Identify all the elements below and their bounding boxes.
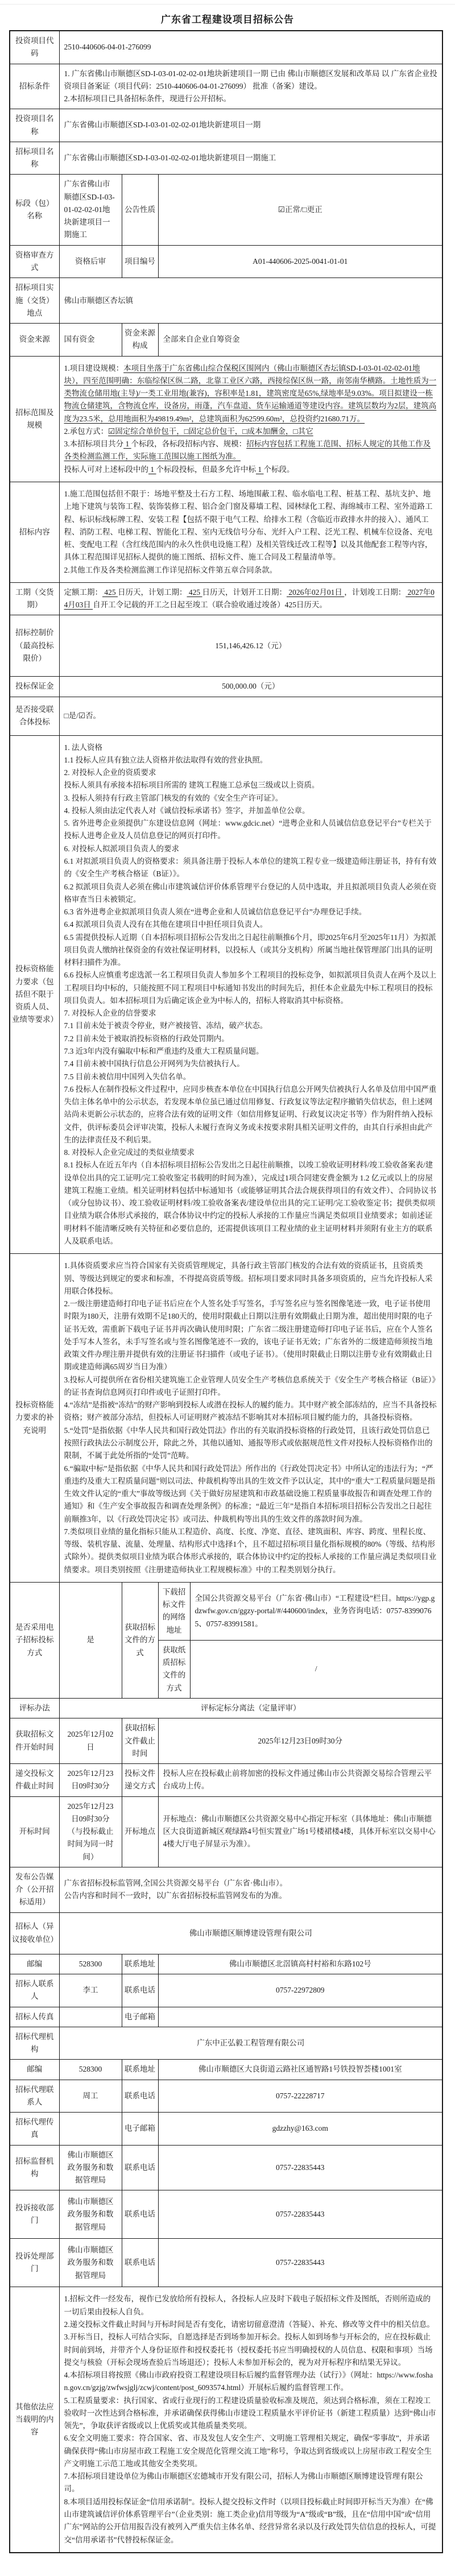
tenderer-address-label: 联系地址	[122, 1954, 158, 1974]
paragraph: 2.承包方式：☑固定综合单价包干，□固定总价包干，□成本加酬金，□其它	[64, 425, 438, 438]
agency-zip-value: 528300	[59, 2060, 122, 2080]
bid-opening-place-label: 开标地点	[122, 1796, 158, 1867]
paragraph: 1.项目建设规模：本项目坐落于广东省佛山综合保税区围网内（佛山市顺德区杏坛镇SD…	[64, 362, 438, 425]
submission-way-label: 投标文件递交方式	[122, 1764, 158, 1797]
row-label: 招标项目名称	[10, 142, 59, 175]
tenderer-fax-value	[59, 2007, 122, 2027]
row-label: 资金来源	[10, 324, 59, 357]
download-url-value: 全国公共资源交易平台（广东省·佛山市）“工程建设”栏目。https://ygp.…	[190, 1582, 442, 1640]
text-segment: ，计划竣工日期：	[344, 588, 406, 597]
document-deadline-label: 获取招标文件截止时间	[122, 1718, 158, 1764]
row-label: 邮编	[10, 2060, 59, 2080]
complaint-receiving-phone-value: 0757-22835443	[158, 2190, 442, 2239]
text-segment: 1.项目建设规模：	[64, 364, 124, 372]
qualification-check-value: 资格后审	[59, 245, 122, 278]
row-label: 投诉处理部门	[10, 2239, 59, 2287]
text-segment: 定额工期：	[64, 588, 103, 597]
paper-documents-label: 获取纸质招标文件的方式	[158, 1640, 190, 1698]
bid-deposit-value: 500,000.00（元）	[59, 677, 442, 697]
submission-deadline-value: 2025年12月23日09时30分	[59, 1764, 122, 1797]
row-investment-project-name: 投资项目名称 广东省佛山市顺德区SD-I-03-01-02-02-01地块新建项…	[10, 109, 442, 142]
row-consortium: 是否接受联合体投标 □是/☑否。	[10, 697, 442, 735]
underlined-text: 2026年02月01日	[287, 588, 344, 597]
paragraph: 投标人可对上述标段中的 1 个标段投标，但最多允许中标 1 个标段。	[64, 463, 438, 476]
agency-phone-label: 联系电话	[122, 2080, 158, 2113]
announcement-media-text: 广东省招标投标监管网,全国公共资源交易平台（广东省·佛山市）。 公告内容和时间不…	[59, 1867, 442, 1912]
underlined-text: 425	[187, 588, 202, 597]
scope-content: 1.项目建设规模：本项目坐落于广东省佛山综合保税区围网内（佛山市顺德区杏坛镇SD…	[59, 356, 442, 482]
tenderer-name-value: 佛山市顺德区顺博建设管理有限公司	[59, 1912, 442, 1954]
row-agency-contact: 招标代理联系人 周工 联系电话 0757-22228717	[10, 2080, 442, 2113]
fund-source-value: 国有资金	[59, 324, 122, 357]
row-agency-fax: 招标代理传真 电子邮箱 gdzzhy@163.com	[10, 2113, 442, 2146]
tender-project-name-value: 广东省佛山市顺德区SD-I-03-01-02-02-01地块新建项目一期施工	[59, 142, 442, 175]
project-number-value: A01-440606-2025-0041-01-01	[158, 245, 442, 278]
agency-name-value: 广东中正弘毅工程管理有限公司	[59, 2027, 442, 2060]
row-label: 招标代理传真	[10, 2113, 59, 2146]
row-label: 发布公告媒介（公开招标适用）	[10, 1867, 59, 1912]
complaint-handling-phone-value: 0757-22835443	[158, 2239, 442, 2287]
row-label: 投标保证金	[10, 677, 59, 697]
duration-content: 定额工期： 425 日历天，计划工期： 425 日历天，计划开工日期： 2026…	[59, 582, 442, 615]
text-segment: 日历天，计划开工日期：	[202, 588, 287, 597]
tenderer-email-label: 电子邮箱	[122, 2007, 158, 2027]
text-segment: 3.本招标项目共分	[64, 440, 124, 448]
notice-nature-label: 公告性质	[122, 175, 158, 245]
row-label: 招标范围及规模	[10, 356, 59, 482]
agency-phone-value: 0757-22228717	[158, 2080, 442, 2113]
row-other-contents: 其他依法应当载明的内容 1.招标文件一经发布，视作已发放给所有投标人，各投标人应…	[10, 2287, 442, 2553]
tender-content-text: 1.施工范围包括但不限于：场地平整及土石方工程、场地围蔽工程、临水临电工程、桩基…	[59, 482, 442, 582]
row-tenderer-fax: 招标人传真 电子邮箱	[10, 2007, 442, 2027]
underlined-text: 1	[256, 465, 264, 474]
tenderer-phone-value: 0757-22972809	[158, 1974, 442, 2007]
row-qualification-check: 资格审查方式 资格后审 项目编号 A01-440606-2025-0041-01…	[10, 245, 442, 278]
document-deadline-value: 2025年12月23日09时30分	[158, 1718, 442, 1764]
row-label: 邮编	[10, 1954, 59, 1974]
fund-composition-value: 全部来自企业自筹资金	[158, 324, 442, 357]
row-duration: 工期（交货期） 定额工期： 425 日历天，计划工期： 425 日历天，计划开工…	[10, 582, 442, 615]
supervisor-phone-label: 联系电话	[122, 2145, 158, 2190]
row-qualification-supplement: 投标资格能力要求的补充说明 1.具体资质要求应当符合国家有关资质管理规定，具备行…	[10, 1254, 442, 1583]
row-bid-deposit: 投标保证金 500,000.00（元）	[10, 677, 442, 697]
row-qualification-requirements: 投标资格能力要求（包括但不限于资质人员、业绩等要求） 1. 法人资格 1.1 投…	[10, 735, 442, 1254]
row-label: 招标人（异议接收单位）	[10, 1912, 59, 1954]
row-agency-zip: 邮编 528300 联系地址 佛山市顺德区大良街道云路社区通智路1号铁投智荟楼1…	[10, 2060, 442, 2080]
agency-contact-value: 周工	[59, 2080, 122, 2113]
row-announcement-media: 发布公告媒介（公开招标适用） 广东省招标投标监管网,全国公共资源交易平台（广东省…	[10, 1867, 442, 1912]
section-name-value: 广东省佛山市顺德区SD-I-03-01-02-02-01地块新建项目一期施工	[59, 175, 122, 245]
row-label: 投标资格能力要求的补充说明	[10, 1254, 59, 1583]
page-bottom-space	[0, 2553, 455, 2576]
agency-address-label: 联系地址	[122, 2060, 158, 2080]
complaint-receiving-value: 佛山市顺德区政务服务和数据管理局	[59, 2190, 122, 2239]
row-label: 是否采用电子招标投标方式	[10, 1582, 59, 1698]
underlined-text: 425	[102, 588, 118, 597]
tenderer-phone-label: 联系电话	[122, 1974, 158, 2007]
agency-email-value: gdzzhy@163.com	[158, 2113, 442, 2146]
row-evaluation-method: 评标办法 评标定标分离法（定量评审）	[10, 1699, 442, 1718]
complaint-handling-value: 佛山市顺德区政务服务和数据管理局	[59, 2239, 122, 2287]
row-tenderer-contact: 招标人联系人 李工 联系电话 0757-22972809	[10, 1974, 442, 2007]
project-number-label: 项目编号	[122, 245, 158, 278]
row-tenderer-zip: 邮编 528300 联系地址 佛山市顺德区北滘镇高村村裕和东路102号	[10, 1954, 442, 1974]
qualification-requirements-text: 1. 法人资格 1.1 投标人应具有独立法人资格并依法取得有效的营业执照。 2.…	[59, 735, 442, 1254]
delivery-location-value: 佛山市顺德区杏坛镇	[59, 278, 442, 324]
complaint-receiving-phone-label: 联系电话	[122, 2190, 158, 2239]
investment-code-value: 2510-440606-04-01-276099	[59, 31, 442, 64]
row-label: 资格审查方式	[10, 245, 59, 278]
row-label: 开标时间	[10, 1796, 59, 1867]
underlined-text: 1	[148, 465, 156, 474]
tenderer-contact-value: 李工	[59, 1974, 122, 2007]
document-start-value: 2025年12月02日	[59, 1718, 122, 1764]
download-url-label: 下载招标文件的网络地址	[158, 1582, 190, 1640]
row-label: 标段（包）名称	[10, 175, 59, 245]
fund-composition-label: 资金来源构成	[122, 324, 158, 357]
agency-address-value: 佛山市顺德区大良街道云路社区通智路1号铁投智荟楼1001室	[158, 2060, 442, 2080]
text-segment: 自开工令记载的开工之日起至竣工（联合验收通过竣备）425日历天。	[93, 600, 327, 609]
row-submission: 递交投标文件截止时间 2025年12月23日09时30分 投标文件递交方式 投标…	[10, 1764, 442, 1797]
text-segment: 日历天，计划工期：	[118, 588, 187, 597]
underlined-text: ☑固定综合单价包干，□固定总价包干，□成本加酬金，□其它	[108, 427, 313, 436]
text-segment: 个标段，各标段招标内容、规模：	[131, 440, 247, 448]
tenderer-address-value: 佛山市顺德区北滘镇高村村裕和东路102号	[158, 1954, 442, 1974]
control-price-value: 151,146,426.12（元）	[59, 615, 442, 677]
row-tenderer: 招标人（异议接收单位） 佛山市顺德区顺博建设管理有限公司	[10, 1912, 442, 1954]
row-label: 招标项目实施（交货）地点	[10, 278, 59, 324]
row-complaint-receiving: 投诉接收部门 佛山市顺德区政务服务和数据管理局 联系电话 0757-228354…	[10, 2190, 442, 2239]
row-supervisor: 招标监督机构 佛山市顺德区政务服务和数据管理局 联系电话 0757-228354…	[10, 2145, 442, 2190]
row-label: 工期（交货期）	[10, 582, 59, 615]
agency-email-label: 电子邮箱	[122, 2113, 158, 2146]
row-label: 递交投标文件截止时间	[10, 1764, 59, 1797]
evaluation-method-value: 评标定标分离法（定量评审）	[59, 1699, 442, 1718]
get-documents-label: 获取招标文件的方式	[122, 1582, 158, 1698]
row-control-price: 招标控制价（最高投标限价） 151,146,426.12（元）	[10, 615, 442, 677]
electronic-tender-value: 是	[59, 1582, 122, 1698]
row-label: 其他依法应当载明的内容	[10, 2287, 59, 2553]
row-label: 投资项目名称	[10, 109, 59, 142]
row-tender-project-name: 招标项目名称 广东省佛山市顺德区SD-I-03-01-02-02-01地块新建项…	[10, 142, 442, 175]
text-segment: 个标段。	[264, 465, 295, 474]
row-bid-opening: 开标时间 2025年12月23日09时30分（与投标截止时间为同一时间） 开标地…	[10, 1796, 442, 1867]
consortium-value: □是/☑否。	[59, 697, 442, 735]
text-segment: 2.承包方式：	[64, 427, 109, 436]
page-top-divider	[0, 0, 455, 5]
row-delivery-location: 招标项目实施（交货）地点 佛山市顺德区杏坛镇	[10, 278, 442, 324]
complaint-handling-phone-label: 联系电话	[122, 2239, 158, 2287]
row-electronic-tender: 是否采用电子招标投标方式 是 获取招标文件的方式 下载招标文件的网络地址 全国公…	[10, 1582, 442, 1640]
bid-opening-place-value: 开标地点：佛山市顺德区公共资源交易中心指定开标室（具体地址：佛山市顺德区大良街道…	[158, 1796, 442, 1867]
row-label: 招标代理联系人	[10, 2080, 59, 2113]
agency-fax-value	[59, 2113, 122, 2146]
row-label: 招标监督机构	[10, 2145, 59, 2190]
bid-opening-time-value: 2025年12月23日09时30分（与投标截止时间为同一时间）	[59, 1796, 122, 1867]
row-label: 获取招标文件开始时间	[10, 1718, 59, 1764]
row-investment-code: 投资项目代码 2510-440606-04-01-276099	[10, 31, 442, 64]
row-label: 招标条件	[10, 64, 59, 109]
row-scope: 招标范围及规模 1.项目建设规模：本项目坐落于广东省佛山综合保税区围网内（佛山市…	[10, 356, 442, 482]
tenderer-zip-value: 528300	[59, 1954, 122, 1974]
row-label: 是否接受联合体投标	[10, 697, 59, 735]
other-contents-text: 1.招标文件一经发布，视作已发放给所有投标人，各投标人应及时下载电子版招标文件及…	[59, 2287, 442, 2553]
text-segment: 投标人可对上述标段中的	[64, 465, 149, 474]
underlined-text: 1	[123, 440, 131, 448]
row-label: 评标办法	[10, 1699, 59, 1718]
tenderer-email-value	[158, 2007, 442, 2027]
page-title: 广东省工程建设项目招标公告	[0, 11, 455, 26]
underlined-text: 本项目坐落于广东省佛山综合保税区围网内（佛山市顺德区杏坛镇SD-I-03-01-…	[64, 364, 437, 423]
row-label: 投标资格能力要求（包括但不限于资质人员、业绩等要求）	[10, 735, 59, 1254]
tender-announcement-table: 投资项目代码 2510-440606-04-01-276099 招标条件 1. …	[9, 30, 443, 2553]
submission-way-value: 投标人应在投标截止前将加密的投标文件通过佛山市公共资源交易综合管理云平台成功上传…	[158, 1764, 442, 1797]
row-label: 投资项目代码	[10, 31, 59, 64]
row-section-name: 标段（包）名称 广东省佛山市顺德区SD-I-03-01-02-02-01地块新建…	[10, 175, 442, 245]
row-complaint-handling: 投诉处理部门 佛山市顺德区政务服务和数据管理局 联系电话 0757-228354…	[10, 2239, 442, 2287]
row-label: 招标控制价（最高投标限价）	[10, 615, 59, 677]
tender-conditions-text: 1. 广东省佛山市顺德区SD-I-03-01-02-02-01地块新建项目一期 …	[59, 64, 442, 109]
row-fund-source: 资金来源 国有资金 资金来源构成 全部来自企业自筹资金	[10, 324, 442, 357]
row-tender-content: 招标内容 1.施工范围包括但不限于：场地平整及土石方工程、场地围蔽工程、临水临电…	[10, 482, 442, 582]
row-label: 招标人联系人	[10, 1974, 59, 2007]
row-agency: 招标代理机构 广东中正弘毅工程管理有限公司	[10, 2027, 442, 2060]
row-label: 招标代理机构	[10, 2027, 59, 2060]
row-tender-conditions: 招标条件 1. 广东省佛山市顺德区SD-I-03-01-02-02-01地块新建…	[10, 64, 442, 109]
row-label: 投诉接收部门	[10, 2190, 59, 2239]
paper-documents-value: /	[190, 1640, 442, 1698]
text-segment: 个标段投标，但最多允许中标	[156, 465, 257, 474]
notice-nature-value: ☑正常/□更正	[158, 175, 442, 245]
qualification-supplement-text: 1.具体资质要求应当符合国家有关资质管理规定，具备行政主管部门核发的合法有效的资…	[59, 1254, 442, 1583]
row-label: 招标人传真	[10, 2007, 59, 2027]
paragraph: 3.本招标项目共分 1 个标段，各标段招标内容、规模：招标内容包括工程施工范围、…	[64, 438, 438, 463]
supervisor-phone-value: 0757-22835443	[158, 2145, 442, 2190]
supervisor-name-value: 佛山市顺德区政务服务和数据管理局	[59, 2145, 122, 2190]
investment-project-name-value: 广东省佛山市顺德区SD-I-03-01-02-02-01地块新建项目一期	[59, 109, 442, 142]
row-label: 招标内容	[10, 482, 59, 582]
row-document-time: 获取招标文件开始时间 2025年12月02日 获取招标文件截止时间 2025年1…	[10, 1718, 442, 1764]
